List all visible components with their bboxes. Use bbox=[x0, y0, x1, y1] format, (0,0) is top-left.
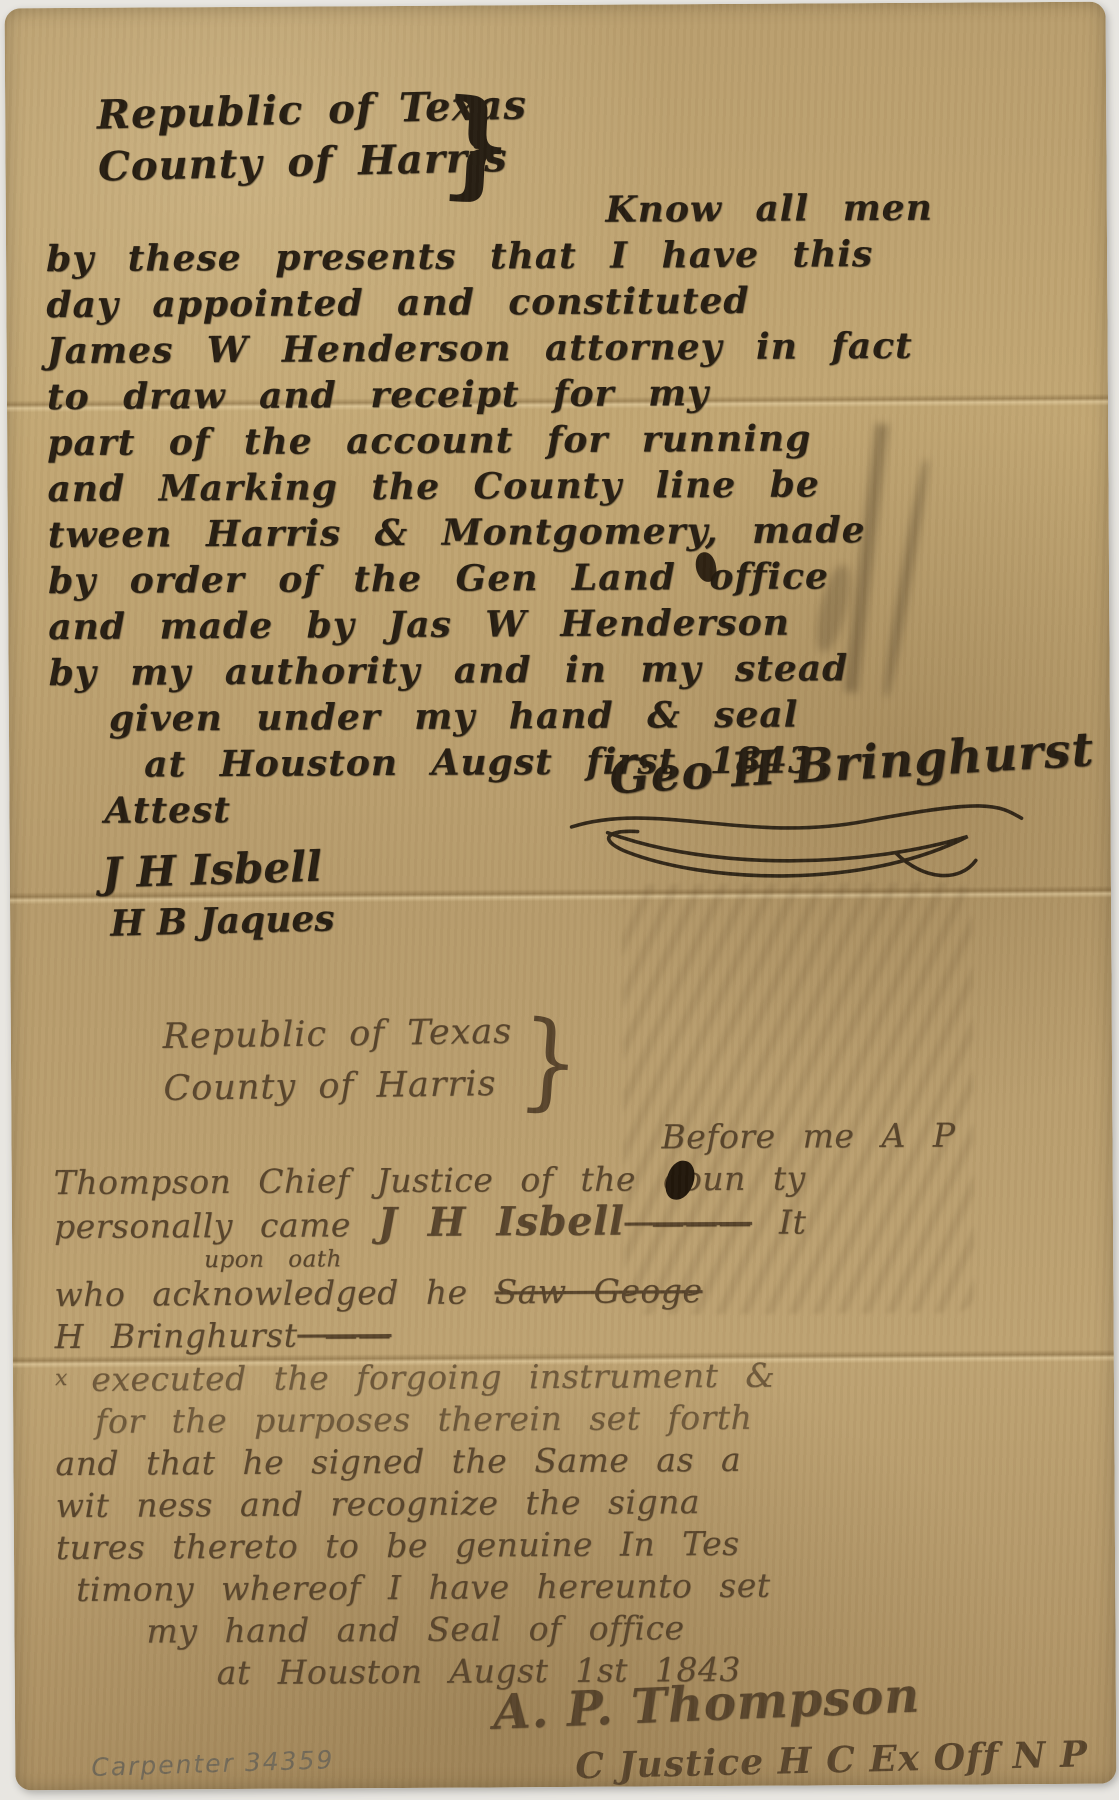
manuscript-line: James W Henderson attorney in fact bbox=[47, 323, 952, 375]
header-line-republic: Republic of Texas bbox=[162, 1006, 512, 1063]
manuscript-line: Before me A P bbox=[53, 1114, 973, 1162]
manuscript-line: Thompson Chief Justice of the coun ty bbox=[54, 1156, 974, 1204]
manuscript-line: and made by Jas W Henderson bbox=[48, 599, 953, 651]
manuscript-line: who acknowledged he Saw Geoge bbox=[54, 1268, 974, 1316]
manuscript-line: timony whereof I have hereunto set bbox=[56, 1563, 976, 1611]
manuscript-line: tures thereto to be genuine In Tes bbox=[56, 1521, 976, 1569]
manuscript-line: given under my hand & seal bbox=[49, 691, 954, 743]
header-line-county: County of Harris bbox=[97, 131, 528, 193]
section1-header: Republic of Texas County of Harris bbox=[96, 79, 528, 193]
manuscript-line: x executed the forgoing instrument & bbox=[55, 1352, 975, 1401]
manuscript-line: day appointed and constituted bbox=[46, 277, 951, 329]
section2-header: Republic of Texas County of Harris bbox=[162, 1006, 513, 1115]
manuscript-line: tween Harris & Montgomery, made bbox=[48, 507, 953, 559]
thompson-signature-title: C Justice H C Ex Off N P bbox=[575, 1733, 1089, 1787]
scan-background: Republic of Texas County of Harris } Kno… bbox=[0, 0, 1119, 1800]
manuscript-line: H Bringhurst —— bbox=[55, 1310, 975, 1358]
manuscript-line: part of the account for running bbox=[47, 415, 952, 467]
document-paper: Republic of Texas County of Harris } Kno… bbox=[5, 2, 1117, 1791]
manuscript-line: and that he signed the Same as a bbox=[55, 1437, 975, 1485]
manuscript-line: by order of the Gen Land office bbox=[48, 553, 953, 605]
manuscript-line: wit ness and recognize the signa bbox=[56, 1479, 976, 1527]
manuscript-line: by my authority and in my stead bbox=[48, 645, 953, 697]
manuscript-line: and Marking the County line be bbox=[47, 461, 952, 513]
witness-signature-jaques: H B Jaques bbox=[110, 897, 335, 944]
header-line-county: County of Harris bbox=[163, 1058, 513, 1115]
header-brace: } bbox=[515, 997, 585, 1125]
manuscript-line: by these presents that I have this bbox=[46, 231, 951, 283]
manuscript-line: to draw and receipt for my bbox=[47, 369, 952, 421]
archive-number-annotation: Carpenter 34359 bbox=[91, 1745, 335, 1782]
manuscript-line: my hand and Seal of office bbox=[56, 1605, 976, 1653]
section2-body: Before me A PThompson Chief Justice of t… bbox=[53, 1114, 976, 1695]
manuscript-line: personally came J H Isbell ——— It bbox=[54, 1198, 974, 1248]
manuscript-line: Know all men bbox=[46, 185, 951, 237]
manuscript-line: for the purposes therein set forth bbox=[55, 1395, 975, 1443]
witness-signature-isbell: J H Isbell bbox=[101, 842, 323, 898]
section1-body: Know all menby these presents that I hav… bbox=[46, 185, 955, 835]
